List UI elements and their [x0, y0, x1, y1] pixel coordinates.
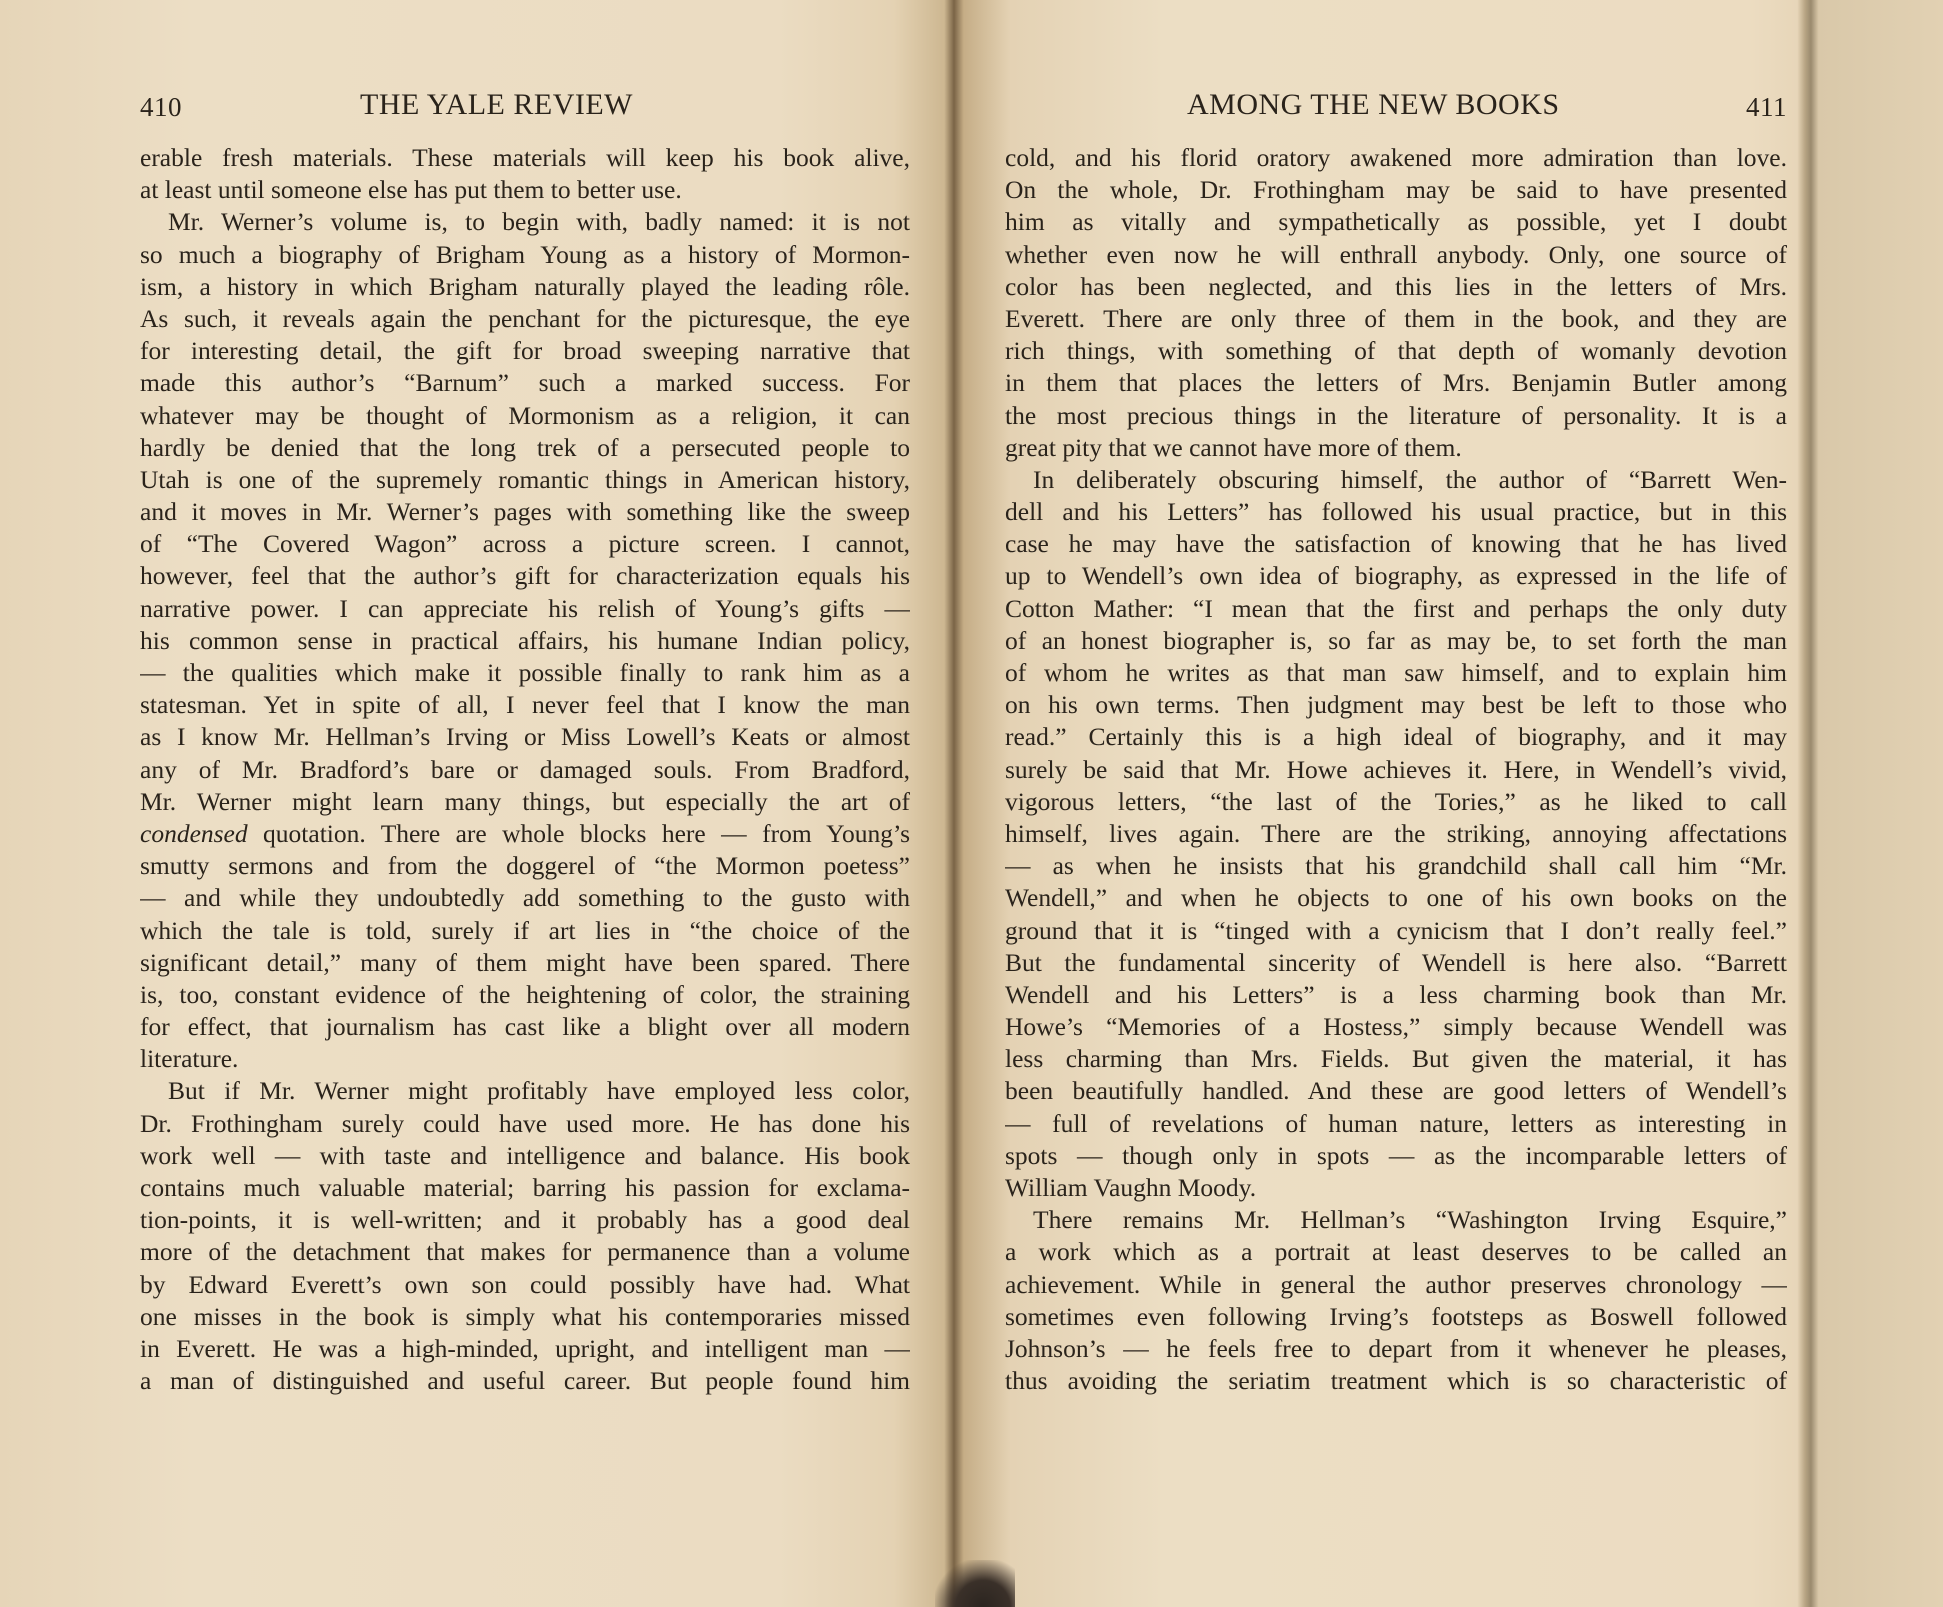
text-line: sometimes even following Irving’s footst… [1005, 1301, 1787, 1333]
text-line: whether even now he will enthrall anybod… [1005, 239, 1787, 271]
text-line: — and while they undoubtedly add somethi… [140, 882, 910, 914]
text-line: Mr. Werner might learn many things, but … [140, 786, 910, 818]
text-line: by Edward Everett’s own son could possib… [140, 1269, 910, 1301]
text-line: tion-points, it is well-written; and it … [140, 1204, 910, 1236]
text-line: in Everett. He was a high-minded, uprigh… [140, 1333, 910, 1365]
text-line: Dr. Frothingham surely could have used m… [140, 1108, 910, 1140]
text-line: In deliberately obscuring himself, the a… [1005, 464, 1787, 496]
text-line: him as vitally and sympathetically as po… [1005, 206, 1787, 238]
text-line: himself, lives again. There are the stri… [1005, 818, 1787, 850]
running-head-title: THE YALE REVIEW [200, 88, 910, 122]
text-line: achievement. While in general the author… [1005, 1269, 1787, 1301]
text-line: narrative power. I can appreciate his re… [140, 593, 910, 625]
text-line: a man of distinguished and useful career… [140, 1365, 910, 1397]
text-line: is, too, constant evidence of the height… [140, 979, 910, 1011]
text-line: for effect, that journalism has cast lik… [140, 1011, 910, 1043]
text-line: smutty sermons and from the doggerel of … [140, 850, 910, 882]
running-head-title: AMONG THE NEW BOOKS [1005, 88, 1727, 122]
text-line: his common sense in practical affairs, h… [140, 625, 910, 657]
text-line: contains much valuable material; barring… [140, 1172, 910, 1204]
text-line: of an honest biographer is, so far as ma… [1005, 625, 1787, 657]
text-line: whatever may be thought of Mormonism as … [140, 400, 910, 432]
text-line: — full of revelations of human nature, l… [1005, 1108, 1787, 1140]
text-line: condensed quotation. There are whole blo… [140, 818, 910, 850]
text-line: Utah is one of the supremely romantic th… [140, 464, 910, 496]
left-body-text: erable fresh materials. These materials … [140, 142, 910, 1397]
text-line: less charming than Mrs. Fields. But give… [1005, 1043, 1787, 1075]
text-line: up to Wendell’s own idea of biography, a… [1005, 560, 1787, 592]
text-line: any of Mr. Bradford’s bare or damaged so… [140, 754, 910, 786]
text-line: literature. [140, 1043, 910, 1075]
text-line: the most precious things in the literatu… [1005, 400, 1787, 432]
text-line: — the qualities which make it possible f… [140, 657, 910, 689]
text-line: statesman. Yet in spite of all, I never … [140, 689, 910, 721]
text-line: ground that it is “tinged with a cynicis… [1005, 915, 1787, 947]
text-line: color has been neglected, and this lies … [1005, 271, 1787, 303]
text-line: on his own terms. Then judgment may best… [1005, 689, 1787, 721]
text-line: as I know Mr. Hellman’s Irving or Miss L… [140, 721, 910, 753]
text-line: Mr. Werner’s volume is, to begin with, b… [140, 206, 910, 238]
text-line: read.” Certainly this is a high ideal of… [1005, 721, 1787, 753]
text-line: But if Mr. Werner might profitably have … [140, 1075, 910, 1107]
text-line: of whom he writes as that man saw himsel… [1005, 657, 1787, 689]
text-line: Wendell,” and when he objects to one of … [1005, 882, 1787, 914]
text-line: been beautifully handled. And these are … [1005, 1075, 1787, 1107]
text-line: thus avoiding the seriatim treatment whi… [1005, 1365, 1787, 1397]
text-line: Everett. There are only three of them in… [1005, 303, 1787, 335]
text-line: for interesting detail, the gift for bro… [140, 335, 910, 367]
text-line: a work which as a portrait at least dese… [1005, 1236, 1787, 1268]
page-number: 411 [1746, 92, 1787, 123]
text-line: of “The Covered Wagon” across a picture … [140, 528, 910, 560]
text-line: work well — with taste and intelligence … [140, 1140, 910, 1172]
left-running-head: 410 THE YALE REVIEW [140, 88, 910, 128]
text-line: cold, and his florid oratory awakened mo… [1005, 142, 1787, 174]
text-line: which the tale is told, surely if art li… [140, 915, 910, 947]
text-line: significant detail,” many of them might … [140, 947, 910, 979]
text-line: spots — though only in spots — as the in… [1005, 1140, 1787, 1172]
text-line: at least until someone else has put them… [140, 174, 910, 206]
text-line: William Vaughn Moody. [1005, 1172, 1787, 1204]
right-body-text: cold, and his florid oratory awakened mo… [1005, 142, 1787, 1397]
text-line: Wendell and his Letters” is a less charm… [1005, 979, 1787, 1011]
text-line: surely be said that Mr. Howe achieves it… [1005, 754, 1787, 786]
spine-shadow [935, 1560, 1015, 1607]
text-line: On the whole, Dr. Frothingham may be sai… [1005, 174, 1787, 206]
right-running-head: AMONG THE NEW BOOKS 411 [1005, 88, 1787, 128]
text-line: however, feel that the author’s gift for… [140, 560, 910, 592]
text-line: rich things, with something of that dept… [1005, 335, 1787, 367]
text-line: There remains Mr. Hellman’s “Washington … [1005, 1204, 1787, 1236]
text-line: ism, a history in which Brigham naturall… [140, 271, 910, 303]
text-line: vigorous letters, “the last of the Torie… [1005, 786, 1787, 818]
book-spread: 410 THE YALE REVIEW erable fresh materia… [0, 0, 1943, 1607]
text-line: in them that places the letters of Mrs. … [1005, 367, 1787, 399]
text-line: As such, it reveals again the penchant f… [140, 303, 910, 335]
text-line: dell and his Letters” has followed his u… [1005, 496, 1787, 528]
text-line: erable fresh materials. These materials … [140, 142, 910, 174]
text-line: one misses in the book is simply what hi… [140, 1301, 910, 1333]
text-line: Johnson’s — he feels free to depart from… [1005, 1333, 1787, 1365]
text-line: and it moves in Mr. Werner’s pages with … [140, 496, 910, 528]
text-line: Cotton Mather: “I mean that the first an… [1005, 593, 1787, 625]
text-line: But the fundamental sincerity of Wendell… [1005, 947, 1787, 979]
text-line: made this author’s “Barnum” such a marke… [140, 367, 910, 399]
text-line: case he may have the satisfaction of kno… [1005, 528, 1787, 560]
text-line: great pity that we cannot have more of t… [1005, 432, 1787, 464]
page-number: 410 [140, 92, 182, 123]
text-line: hardly be denied that the long trek of a… [140, 432, 910, 464]
text-line: more of the detachment that makes for pe… [140, 1236, 910, 1268]
text-line: Howe’s “Memories of a Hostess,” simply b… [1005, 1011, 1787, 1043]
text-line: — as when he insists that his grandchild… [1005, 850, 1787, 882]
text-line: so much a biography of Brigham Young as … [140, 239, 910, 271]
